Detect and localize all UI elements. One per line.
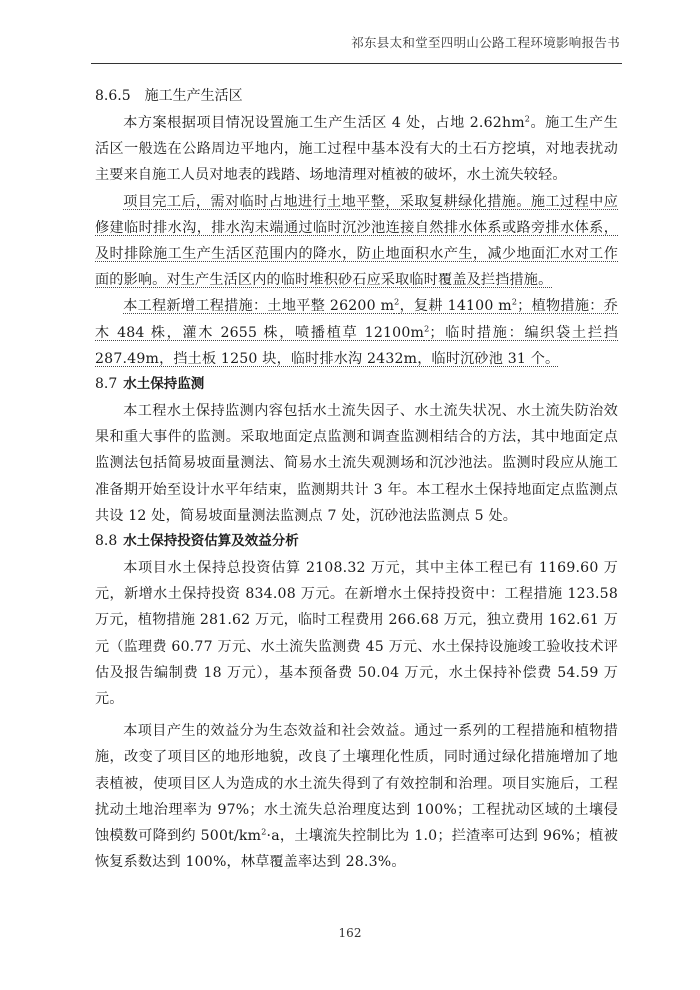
paragraph-benefits: 本项目产生的效益分为生态效益和社会效益。通过一系列的工程措施和植物措施，改变了项… [95,718,618,875]
section-number: 8.6.5 [95,86,131,106]
paragraph-restoration-measures: 项目完工后，需对临时占地进行土地平整，采取复耕绿化措施。施工过程中应修建临时排水… [95,189,618,294]
page-number: 162 [0,926,700,940]
section-title: 水土保持监测 [123,376,204,392]
paragraph-monitoring: 本工程水土保持监测内容包括水土流失因子、水土流失状况、水土流失防治效果和重大事件… [95,398,618,529]
document-body: 8.6.5施工生产生活区 本方案根据项目情况设置施工生产生活区 4 处，占地 2… [95,86,618,875]
document-page: 祁东县太和堂至四明山公路工程环境影响报告书 8.6.5施工生产生活区 本方案根据… [0,0,700,990]
section-title: 施工生产生活区 [145,88,243,104]
section-heading-8-8: 8.8水土保持投资估算及效益分析 [95,531,618,551]
section-title: 水土保持投资估算及效益分析 [123,533,299,549]
paragraph-new-measures: 本工程新增工程措施：土地平整 26200 m2，复耕 14100 m2；植物措施… [95,293,618,372]
section-number: 8.7 [95,376,117,392]
paragraph-investment: 本项目水土保持总投资估算 2108.32 万元，其中主体工程已有 1169.60… [95,555,618,712]
section-heading-8-6-5: 8.6.5施工生产生活区 [95,86,618,106]
paragraph-construction-area: 本方案根据项目情况设置施工生产生活区 4 处，占地 2.62hm2。施工生产生活… [95,110,618,189]
section-number: 8.8 [95,533,117,549]
section-heading-8-7: 8.7水土保持监测 [95,374,618,394]
running-header: 祁东县太和堂至四明山公路工程环境影响报告书 [351,33,620,51]
header-divider [91,63,622,64]
